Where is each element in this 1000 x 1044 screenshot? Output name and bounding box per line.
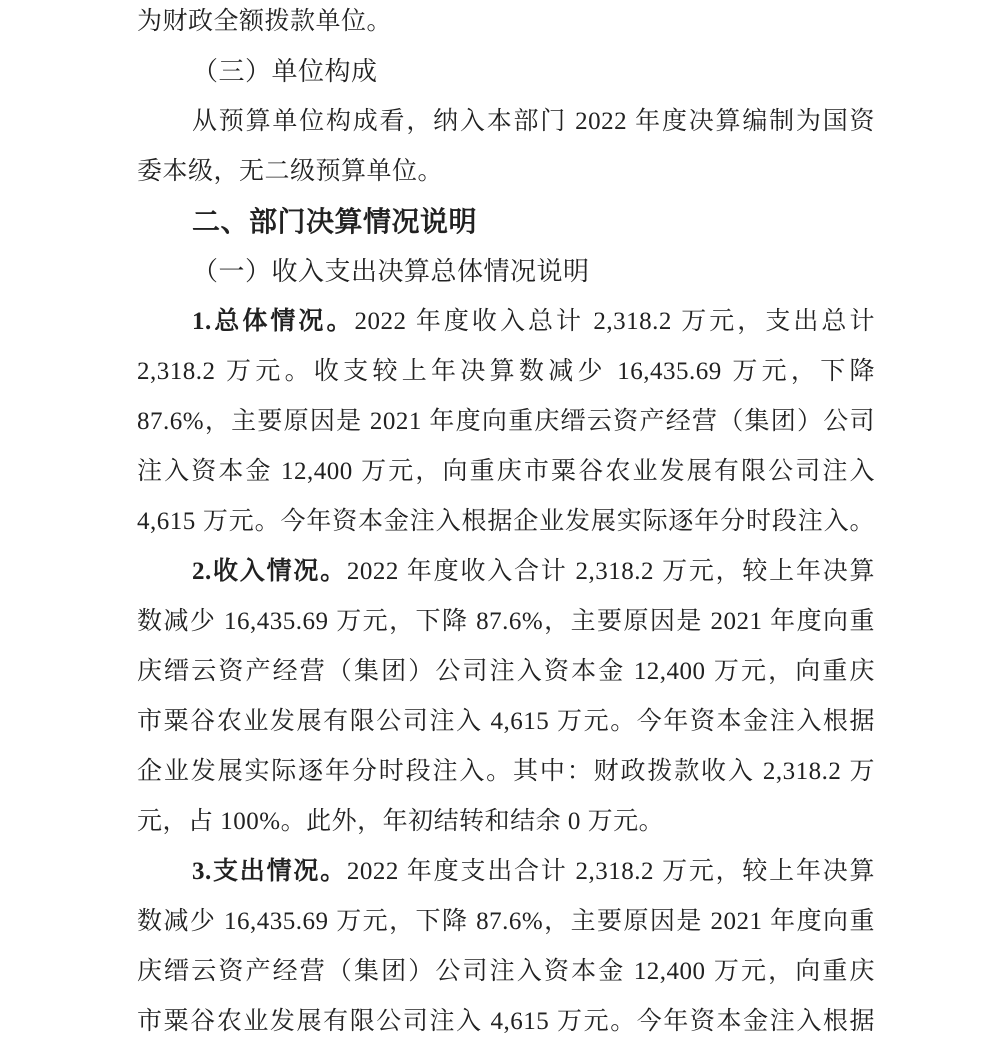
- text-line: 市粟谷农业发展有限公司注入 4,615 万元。今年资本金注入根据: [137, 697, 875, 747]
- text-segment: 数减少 16,435.69 万元，下降 87.6%，主要原因是 2021 年度向…: [137, 608, 875, 635]
- section-heading-line: 二、部门决算情况说明: [137, 197, 875, 247]
- text-segment: 2022 年度支出合计 2,318.2 万元，较上年决算: [347, 858, 875, 885]
- text-line: 1.总体情况。2022 年度收入总计 2,318.2 万元，支出总计: [137, 297, 875, 347]
- text-line: 市粟谷农业发展有限公司注入 4,615 万元。今年资本金注入根据: [137, 997, 875, 1044]
- text-segment: 注入资本金 12,400 万元，向重庆市粟谷农业发展有限公司注入: [137, 458, 875, 485]
- text-segment: 4,615 万元。今年资本金注入根据企业发展实际逐年分时段注入。: [137, 508, 875, 535]
- text-line: 2.收入情况。2022 年度收入合计 2,318.2 万元，较上年决算: [137, 547, 875, 597]
- text-line: 企业发展实际逐年分时段注入。其中：财政拨款收入 2,318.2 万: [137, 747, 875, 797]
- text-line: 87.6%，主要原因是 2021 年度向重庆缙云资产经营（集团）公司: [137, 397, 875, 447]
- text-segment: 委本级，无二级预算单位。: [137, 158, 443, 185]
- text-line: 4,615 万元。今年资本金注入根据企业发展实际逐年分时段注入。: [137, 497, 875, 547]
- document-body: 为财政全额拨款单位。（三）单位构成从预算单位构成看，纳入本部门 2022 年度决…: [137, 0, 875, 1044]
- text-line: 委本级，无二级预算单位。: [137, 147, 875, 197]
- text-line: 庆缙云资产经营（集团）公司注入资本金 12,400 万元，向重庆: [137, 947, 875, 997]
- text-segment: （三）单位构成: [192, 57, 378, 86]
- text-line: 庆缙云资产经营（集团）公司注入资本金 12,400 万元，向重庆: [137, 647, 875, 697]
- text-line: 元，占 100%。此外，年初结转和结余 0 万元。: [137, 797, 875, 847]
- text-segment: 庆缙云资产经营（集团）公司注入资本金 12,400 万元，向重庆: [137, 958, 875, 985]
- text-line: 注入资本金 12,400 万元，向重庆市粟谷农业发展有限公司注入: [137, 447, 875, 497]
- text-line: 2,318.2 万元。收支较上年决算数减少 16,435.69 万元，下降: [137, 347, 875, 397]
- text-segment: 为财政全额拨款单位。: [137, 8, 392, 35]
- text-segment: 2,318.2 万元。收支较上年决算数减少 16,435.69 万元，下降: [137, 358, 875, 385]
- text-line: 数减少 16,435.69 万元，下降 87.6%，主要原因是 2021 年度向…: [137, 897, 875, 947]
- bold-text-segment: 二、部门决算情况说明: [192, 206, 477, 237]
- text-segment: （一）收入支出决算总体情况说明: [192, 257, 590, 286]
- document-page: 为财政全额拨款单位。（三）单位构成从预算单位构成看，纳入本部门 2022 年度决…: [0, 0, 1000, 1044]
- text-segment: 企业发展实际逐年分时段注入。其中：财政拨款收入 2,318.2 万: [137, 758, 875, 785]
- text-segment: 庆缙云资产经营（集团）公司注入资本金 12,400 万元，向重庆: [137, 658, 875, 685]
- bold-text-segment: 1.总体情况。: [192, 308, 355, 335]
- bold-text-segment: 3.支出情况。: [192, 858, 347, 885]
- sub-heading-line: （三）单位构成: [137, 47, 875, 97]
- bold-text-segment: 2.收入情况。: [192, 558, 347, 585]
- sub-heading-line: （一）收入支出决算总体情况说明: [137, 247, 875, 297]
- text-segment: 元，占 100%。此外，年初结转和结余 0 万元。: [137, 808, 664, 835]
- text-segment: 市粟谷农业发展有限公司注入 4,615 万元。今年资本金注入根据: [137, 1008, 875, 1035]
- text-segment: 从预算单位构成看，纳入本部门 2022 年度决算编制为国资: [192, 108, 875, 135]
- text-segment: 2022 年度收入合计 2,318.2 万元，较上年决算: [347, 558, 875, 585]
- text-line: 数减少 16,435.69 万元，下降 87.6%，主要原因是 2021 年度向…: [137, 597, 875, 647]
- text-segment: 市粟谷农业发展有限公司注入 4,615 万元。今年资本金注入根据: [137, 708, 875, 735]
- text-line: 为财政全额拨款单位。: [137, 0, 875, 47]
- text-segment: 数减少 16,435.69 万元，下降 87.6%，主要原因是 2021 年度向…: [137, 908, 875, 935]
- text-line: 3.支出情况。2022 年度支出合计 2,318.2 万元，较上年决算: [137, 847, 875, 897]
- text-segment: 87.6%，主要原因是 2021 年度向重庆缙云资产经营（集团）公司: [137, 408, 875, 435]
- text-line: 从预算单位构成看，纳入本部门 2022 年度决算编制为国资: [137, 97, 875, 147]
- text-segment: 2022 年度收入总计 2,318.2 万元，支出总计: [355, 308, 875, 335]
